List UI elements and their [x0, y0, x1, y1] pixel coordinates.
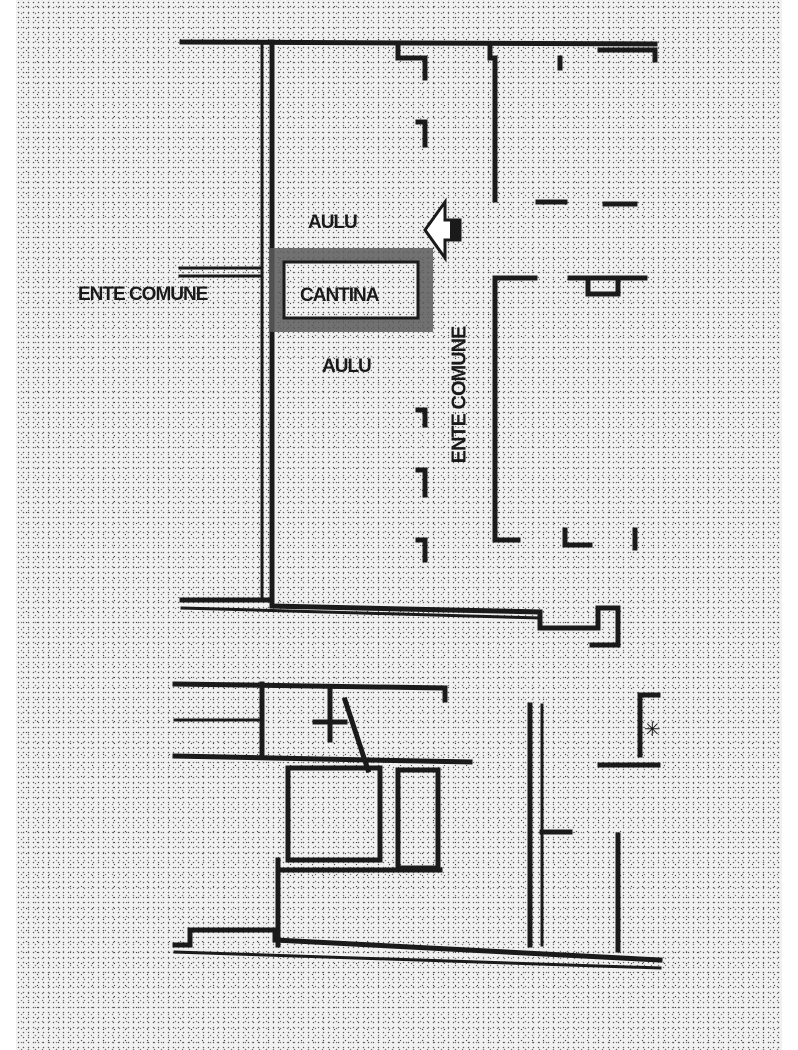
wall-mid	[490, 44, 495, 200]
wall-lower-top	[175, 684, 445, 700]
label-ente-comune-left: ENTE COMUNE	[78, 284, 207, 306]
wall-top	[182, 42, 655, 44]
label-aulu-top: AULU	[308, 212, 357, 234]
svg-text:✳: ✳	[644, 717, 661, 741]
wall-corridor	[495, 278, 518, 540]
label-ente-comune-vertical: ENTE COMUNE	[449, 327, 472, 464]
room-lower-small	[398, 770, 438, 868]
label-aulu-bottom: AULU	[322, 356, 371, 378]
room-lower-left	[288, 768, 380, 860]
label-cantina: CANTINA	[300, 285, 379, 307]
floor-plan: ✳	[0, 0, 798, 1050]
wall-bottom-upper	[182, 600, 618, 645]
wall-lower-mid	[175, 756, 470, 762]
wall-notch	[398, 44, 425, 78]
